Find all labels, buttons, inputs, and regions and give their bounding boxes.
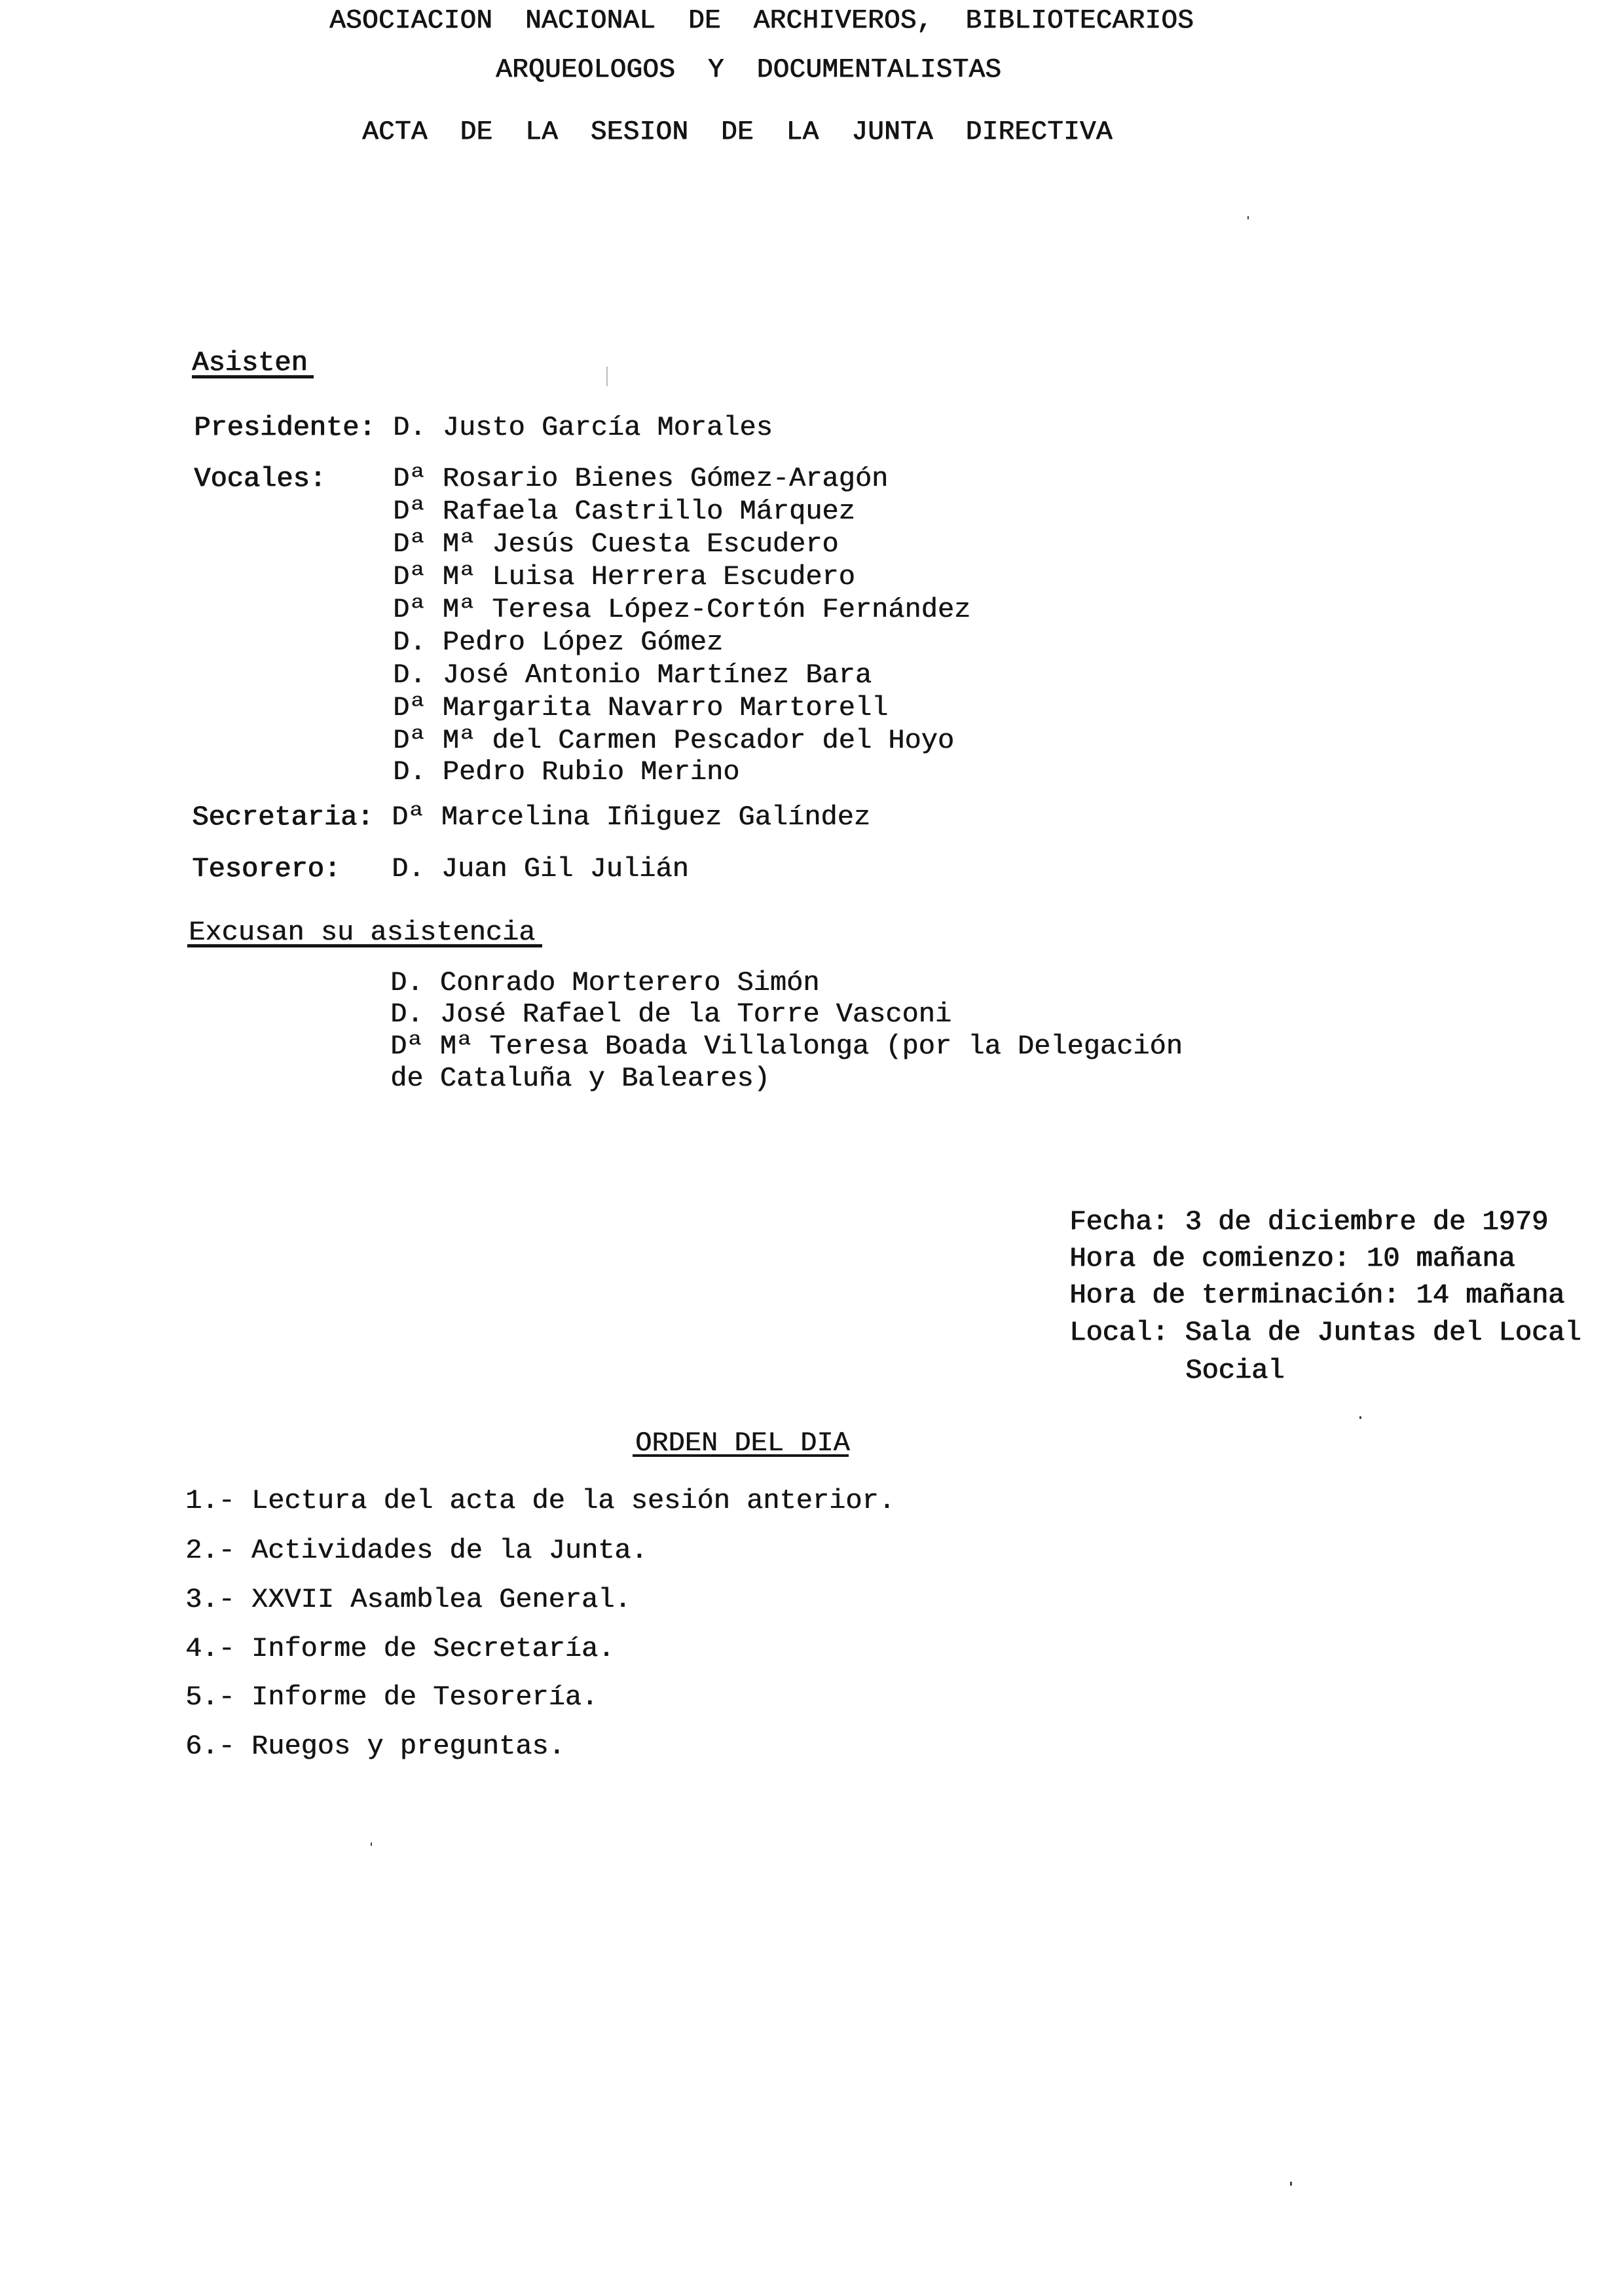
header-association-name-cont: ARQUEOLOGOS Y DOCUMENTALISTAS (496, 56, 1001, 84)
scan-speck (1247, 216, 1249, 219)
scan-speck (371, 1843, 372, 1846)
document-title: ACTA DE LA SESION DE LA JUNTA DIRECTIVA (362, 119, 1113, 146)
meeting-start-time: Hora de comienzo: 10 mañana (1069, 1245, 1515, 1272)
excused-name-cont: de Cataluña y Baleares) (390, 1065, 770, 1092)
vocal-name: Dª Mª del Carmen Pescador del Hoyo (393, 727, 954, 754)
header-association-name: ASOCIACION NACIONAL DE ARCHIVEROS, BIBLI… (329, 7, 1194, 35)
excused-name: Dª Mª Teresa Boada Villalonga (por la De… (390, 1033, 1183, 1060)
agenda-item: 4.- Informe de Secretaría. (185, 1635, 614, 1662)
agenda-item: 1.- Lectura del acta de la sesión anteri… (185, 1487, 895, 1515)
meeting-end-time: Hora de terminación: 14 mañana (1069, 1281, 1564, 1309)
agenda-item: 6.- Ruegos y preguntas. (185, 1733, 565, 1760)
meeting-place-cont: Social (1185, 1357, 1284, 1384)
vocales-label: Vocales: (194, 465, 326, 492)
vocal-name: Dª Margarita Navarro Martorell (393, 694, 888, 722)
excused-name: D. José Rafael de la Torre Vasconi (390, 1001, 951, 1028)
attendees-heading: Asisten (192, 349, 307, 376)
scan-speck (1359, 1416, 1361, 1419)
vocal-name: Dª Rafaela Castrillo Márquez (393, 498, 855, 525)
excused-heading-underline (187, 944, 542, 947)
vocal-name: Dª Mª Luisa Herrera Escudero (393, 563, 855, 591)
vocal-name: Dª Rosario Bienes Gómez-Aragón (393, 465, 888, 492)
agenda-heading: ORDEN DEL DIA (635, 1429, 850, 1457)
president-label: Presidente: (194, 414, 375, 441)
treasurer-label: Tesorero: (192, 855, 341, 883)
secretary-label: Secretaria: (192, 803, 373, 831)
agenda-item: 2.- Actividades de la Junta. (185, 1537, 648, 1564)
meeting-date: Fecha: 3 de diciembre de 1979 (1069, 1208, 1548, 1236)
vocal-name: D. José Antonio Martínez Bara (393, 661, 872, 689)
vocal-name: Dª Mª Jesús Cuesta Escudero (393, 530, 839, 558)
vocal-name: D. Pedro Rubio Merino (393, 758, 739, 786)
meeting-place: Local: Sala de Juntas del Local (1069, 1319, 1581, 1346)
excused-heading: Excusan su asistencia (189, 919, 535, 946)
excused-name: D. Conrado Morterero Simón (390, 969, 819, 997)
scan-speck (606, 367, 608, 386)
attendees-heading-underline (192, 375, 314, 378)
document-page: ASOCIACION NACIONAL DE ARCHIVEROS, BIBLI… (0, 0, 1624, 2295)
scan-speck (1290, 2182, 1292, 2186)
vocal-name: D. Pedro López Gómez (393, 629, 723, 656)
agenda-item: 5.- Informe de Tesorería. (185, 1683, 598, 1711)
president-name: D. Justo García Morales (393, 414, 773, 441)
vocal-name: Dª Mª Teresa López-Cortón Fernández (393, 596, 970, 623)
secretary-name: Dª Marcelina Iñiguez Galíndez (392, 803, 870, 831)
agenda-item: 3.- XXVII Asamblea General. (185, 1586, 631, 1613)
agenda-heading-underline (633, 1454, 849, 1457)
treasurer-name: D. Juan Gil Julián (392, 855, 689, 883)
